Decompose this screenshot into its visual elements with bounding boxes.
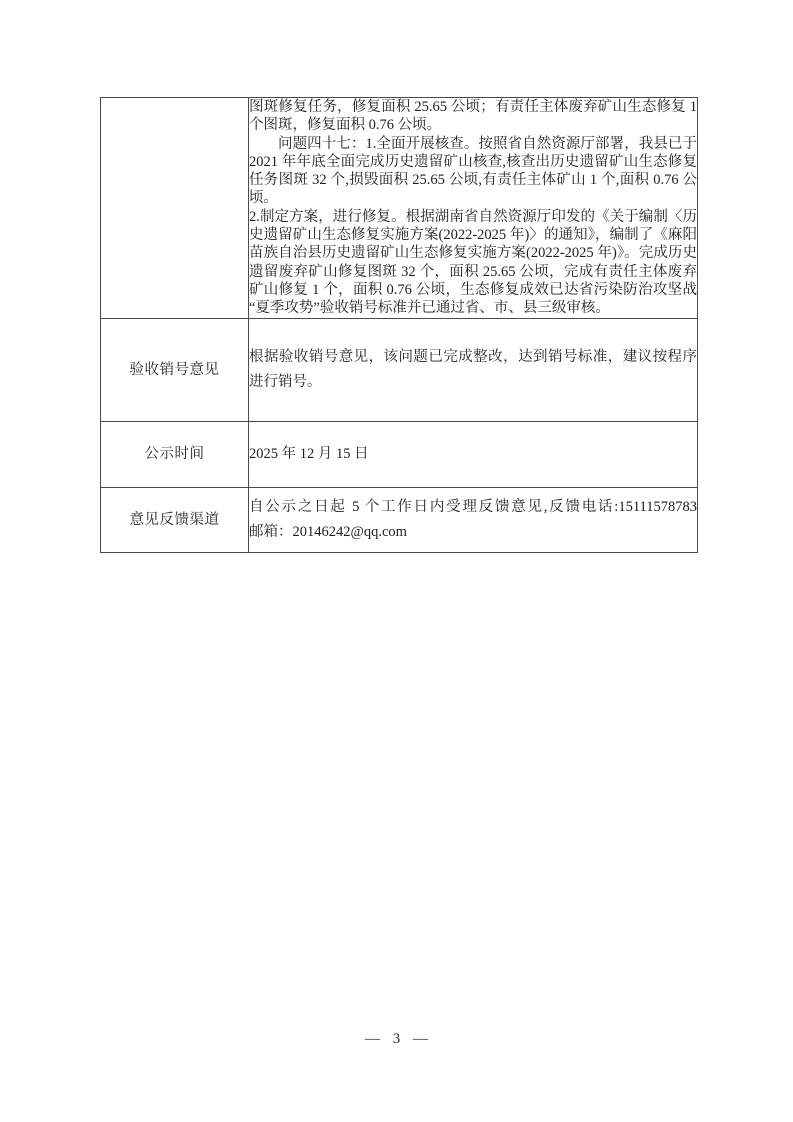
page-number: — 3 — <box>0 1031 793 1048</box>
row-label-feedback-channel: 意见反馈渠道 <box>101 487 249 552</box>
row-label-empty <box>101 98 249 319</box>
paragraph-feedback-contact: 自公示之日起 5 个工作日内受理反馈意见,反馈电话:15111578783 邮箱… <box>249 495 697 545</box>
paragraph-plan-repair: 2.制定方案，进行修复。根据湖南省自然资源厅印发的《关于编制〈历史遗留矿山生态修… <box>249 208 697 318</box>
row-label-acceptance-opinion: 验收销号意见 <box>101 318 249 421</box>
acceptance-opinion-content: 根据验收销号意见，该问题已完成整改，达到销号标准，建议按程序进行销号。 <box>249 318 698 421</box>
notice-table-wrapper: 图斑修复任务，修复面积 25.65 公顷；有责任主体废弃矿山生态修复 1 个图斑… <box>100 97 698 553</box>
table-row-feedback-channel: 意见反馈渠道 自公示之日起 5 个工作日内受理反馈意见,反馈电话:1511157… <box>101 487 698 552</box>
paragraph-problem-47: 问题四十七：1.全面开展核查。按照省自然资源厅部署，我县已于 2021 年年底全… <box>249 135 697 208</box>
feedback-channel-content: 自公示之日起 5 个工作日内受理反馈意见,反馈电话:15111578783 邮箱… <box>249 487 698 552</box>
paragraph-continuation: 图斑修复任务，修复面积 25.65 公顷；有责任主体废弃矿山生态修复 1 个图斑… <box>249 98 697 135</box>
table-row-rectification-detail: 图斑修复任务，修复面积 25.65 公顷；有责任主体废弃矿山生态修复 1 个图斑… <box>101 98 698 319</box>
table-row-acceptance-opinion: 验收销号意见 根据验收销号意见，该问题已完成整改，达到销号标准，建议按程序进行销… <box>101 318 698 421</box>
paragraph-publicity-date: 2025 年 12 月 15 日 <box>249 442 697 467</box>
paragraph-acceptance-opinion: 根据验收销号意见，该问题已完成整改，达到销号标准，建议按程序进行销号。 <box>249 345 697 395</box>
document-page: { "doc": { "table": { "rows": [ { "label… <box>0 0 793 1122</box>
rectification-detail-content: 图斑修复任务，修复面积 25.65 公顷；有责任主体废弃矿山生态修复 1 个图斑… <box>249 98 698 319</box>
row-label-publicity-time: 公示时间 <box>101 421 249 487</box>
publicity-time-content: 2025 年 12 月 15 日 <box>249 421 698 487</box>
rectification-notice-table: 图斑修复任务，修复面积 25.65 公顷；有责任主体废弃矿山生态修复 1 个图斑… <box>100 97 698 553</box>
table-row-publicity-time: 公示时间 2025 年 12 月 15 日 <box>101 421 698 487</box>
